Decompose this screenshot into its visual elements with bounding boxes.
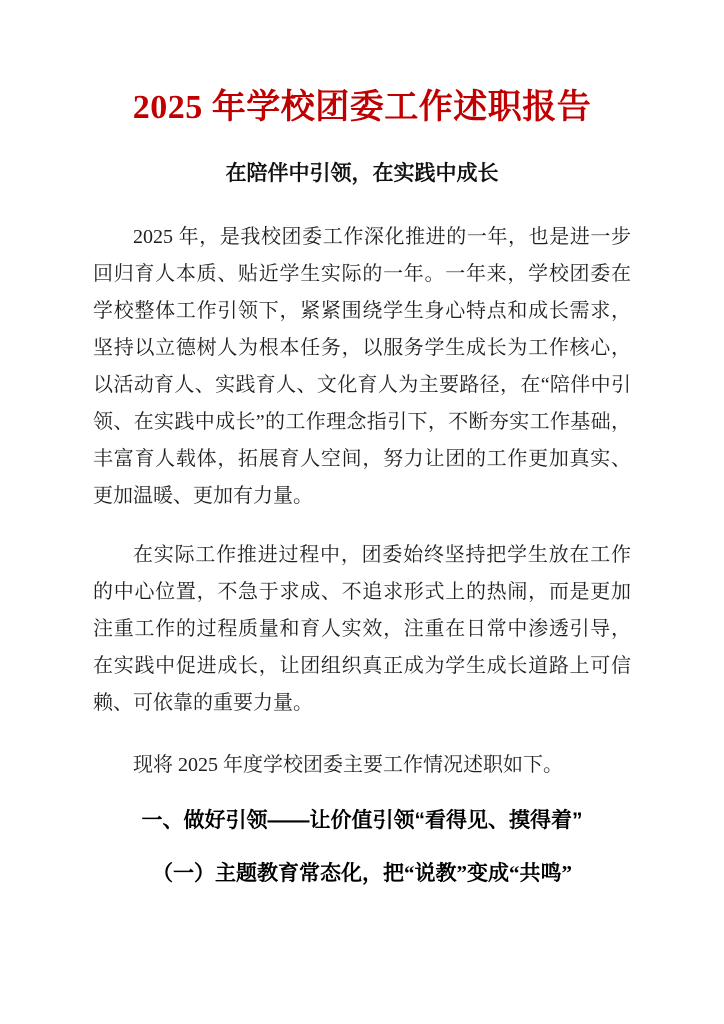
section-heading-1: 一、做好引领——让价值引领“看得见、摸得着” bbox=[93, 806, 631, 836]
document-page: 2025 年学校团委工作述职报告 在陪伴中引领，在实践中成长 2025 年，是我… bbox=[0, 0, 724, 1024]
paragraph-report-lead-in: 现将 2025 年度学校团委主要工作情况述职如下。 bbox=[93, 747, 631, 784]
document-title: 2025 年学校团委工作述职报告 bbox=[93, 86, 631, 130]
paragraph-intro: 2025 年，是我校团委工作深化推进的一年，也是进一步回归育人本质、贴近学生实际… bbox=[93, 219, 631, 515]
subsection-heading-1-1: （一）主题教育常态化，把“说教”变成“共鸣” bbox=[93, 858, 631, 888]
paragraph-work-approach: 在实际工作推进过程中，团委始终坚持把学生放在工作的中心位置，不急于求成、不追求形… bbox=[93, 537, 631, 722]
document-subtitle: 在陪伴中引领，在实践中成长 bbox=[93, 158, 631, 188]
